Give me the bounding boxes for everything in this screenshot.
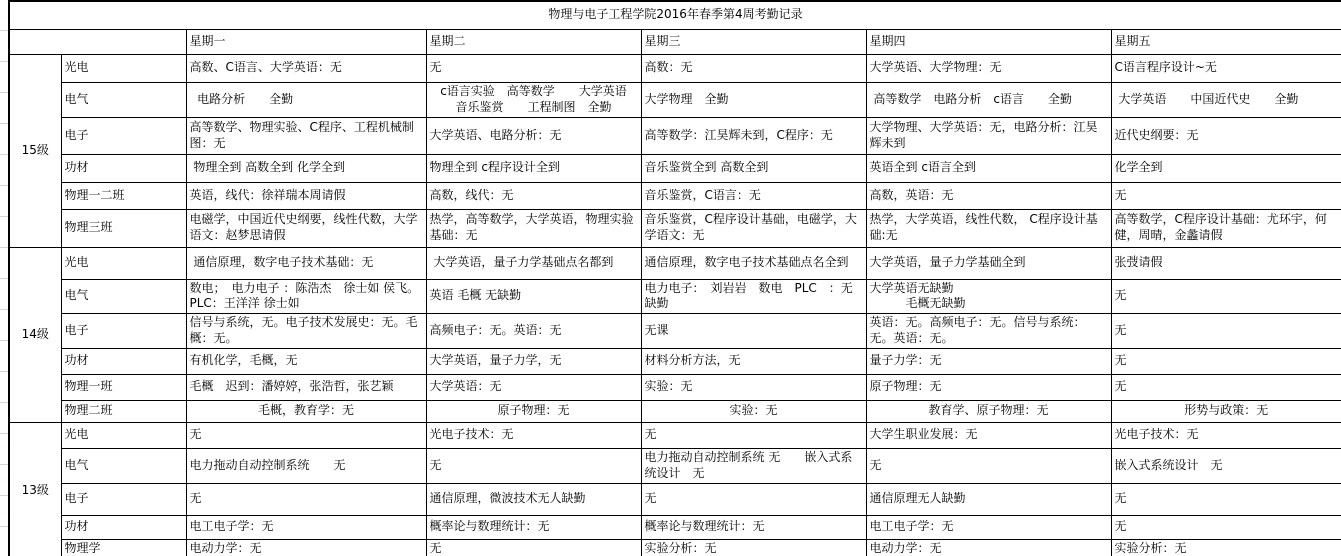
class-label[interactable]: 物理三班 [61, 209, 186, 247]
table-row: 电气 电路分析 全勤c语言实验 高等数学 大学英语 音乐鉴赏 工程制图 全勤大学… [9, 82, 1341, 117]
attendance-cell[interactable]: 光电子技术：无 [1111, 422, 1341, 448]
attendance-cell[interactable]: 英语，线代：徐祥瑞本周请假 [186, 182, 426, 209]
attendance-cell[interactable]: 音乐鉴赏，C程序设计基础，电磁学，大学语文：无 [641, 209, 866, 247]
attendance-cell[interactable]: 大学物理 全勤 [641, 82, 866, 117]
attendance-cell[interactable]: 热学，高等数学，大学英语，物理实验基础：无 [426, 209, 641, 247]
attendance-cell[interactable]: 有机化学，毛概，无 [186, 348, 426, 374]
attendance-cell[interactable]: 电工电子学：无 [186, 515, 426, 539]
table-row: 功材有机化学，毛概，无大学英语，量子力学，无材料分析方法，无量子力学：无无 [9, 348, 1341, 374]
attendance-cell[interactable]: c语言实验 高等数学 大学英语 音乐鉴赏 工程制图 全勤 [426, 82, 641, 117]
attendance-cell[interactable]: 热学，大学英语，线性代数， C程序设计基础:无 [866, 209, 1111, 247]
attendance-cell[interactable]: 教育学、原子物理：无 [866, 400, 1111, 422]
table-row: 电子无通信原理，微波技术无人缺勤无通信原理无人缺勤无 [9, 483, 1341, 515]
attendance-cell[interactable]: 高数、C语言、大学英语：无 [186, 54, 426, 82]
class-label[interactable]: 光电 [61, 422, 186, 448]
grade-label[interactable]: 15级 [9, 54, 61, 247]
page-title: 物理与电子工程学院2016年春季第4周考勤记录 [9, 1, 1341, 29]
attendance-cell[interactable]: 音乐鉴赏全到 高数全到 [641, 154, 866, 182]
attendance-cell[interactable]: 无 [641, 483, 866, 515]
attendance-cell[interactable]: 实验分析：无 [1111, 539, 1341, 556]
class-label[interactable]: 电气 [61, 448, 186, 483]
attendance-cell[interactable]: 大学英语、电路分析：无 [426, 117, 641, 154]
attendance-cell[interactable]: 大学生职业发展：无 [866, 422, 1111, 448]
attendance-cell[interactable]: 无 [866, 448, 1111, 483]
table-row: 物理一班毛概 迟到：潘婷婷，张浩哲，张艺颖大学英语：无实验：无原子物理：无无 [9, 374, 1341, 400]
attendance-cell[interactable]: 高等数学，C程序设计基础：尤环宇，何健，周晴，金蠡请假 [1111, 209, 1341, 247]
attendance-cell[interactable]: 电动力学：无 [186, 539, 426, 556]
attendance-cell[interactable]: 信号与系统，无。电子技术发展史：无。毛概：无。 [186, 314, 426, 349]
attendance-cell[interactable]: 无 [426, 54, 641, 82]
class-label[interactable]: 物理一班 [61, 374, 186, 400]
attendance-cell[interactable]: 无 [426, 539, 641, 556]
day-header-2[interactable]: 星期二 [426, 29, 641, 54]
attendance-cell[interactable]: 无 [1111, 348, 1341, 374]
attendance-cell[interactable]: 实验分析：无 [641, 539, 866, 556]
table-row: 电子信号与系统，无。电子技术发展史：无。毛概：无。高频电子：无。英语：无无课英语… [9, 314, 1341, 349]
table-row: 13级光电无光电子技术：无无大学生职业发展：无光电子技术：无 [9, 422, 1341, 448]
attendance-cell[interactable]: 原子物理：无 [426, 400, 641, 422]
table-row: 14级光电 通信原理，数字电子技术基础：无 大学英语，量子力学基础点名都到通信原… [9, 247, 1341, 279]
class-label[interactable]: 功材 [61, 515, 186, 539]
class-label[interactable]: 电子 [61, 483, 186, 515]
attendance-cell[interactable]: 大学英语，量子力学基础点名都到 [426, 247, 641, 279]
attendance-cell[interactable]: 近代史纲要：无 [1111, 117, 1341, 154]
class-label[interactable]: 物理学 [61, 539, 186, 556]
header-corner-cell[interactable] [9, 29, 186, 54]
attendance-cell[interactable]: 电路分析 全勤 [186, 82, 426, 117]
day-header-4[interactable]: 星期四 [866, 29, 1111, 54]
attendance-cell[interactable]: 量子力学：无 [866, 348, 1111, 374]
attendance-cell[interactable]: 通信原理，数字电子技术基础：无 [186, 247, 426, 279]
attendance-cell[interactable]: 电力电子： 刘岩岩 数电 PLC ：无缺勤 [641, 279, 866, 314]
attendance-cell[interactable]: 形势与政策：无 [1111, 400, 1341, 422]
sheet-left-margin [0, 0, 8, 556]
attendance-cell[interactable]: 材料分析方法，无 [641, 348, 866, 374]
attendance-cell[interactable]: 电力拖动自动控制系统 无 [186, 448, 426, 483]
table-row: 物理学电动力学：无无实验分析：无电动力学：无实验分析：无 [9, 539, 1341, 556]
attendance-cell[interactable]: 无 [1111, 182, 1341, 209]
attendance-cell[interactable]: 无 [641, 422, 866, 448]
attendance-cell[interactable]: 电力拖动自动控制系统 无 嵌入式系统设计 无 [641, 448, 866, 483]
day-header-3[interactable]: 星期三 [641, 29, 866, 54]
attendance-cell[interactable]: 大学英语，量子力学，无 [426, 348, 641, 374]
attendance-cell[interactable]: 概率论与数理统计：无 [641, 515, 866, 539]
attendance-cell[interactable]: 物理全到 高数全到 化学全到 [186, 154, 426, 182]
class-label[interactable]: 功材 [61, 154, 186, 182]
table-row: 电子高等数学、物理实验、C程序、工程机械制图：无大学英语、电路分析：无高等数学：… [9, 117, 1341, 154]
class-label[interactable]: 电气 [61, 279, 186, 314]
attendance-cell[interactable]: 高频电子：无。英语：无 [426, 314, 641, 349]
attendance-cell[interactable]: 无 [1111, 314, 1341, 349]
attendance-cell[interactable]: 无 [1111, 483, 1341, 515]
attendance-cell[interactable]: 无 [1111, 515, 1341, 539]
attendance-cell[interactable]: 无 [426, 448, 641, 483]
spreadsheet: 物理与电子工程学院2016年春季第4周考勤记录 星期一星期二星期三星期四星期五 … [0, 0, 1341, 556]
attendance-cell[interactable]: 无 [1111, 279, 1341, 314]
attendance-cell[interactable]: 高数：无 [641, 54, 866, 82]
attendance-cell[interactable]: 英语 毛概 无缺勤 [426, 279, 641, 314]
attendance-cell[interactable]: 英语：无。高频电子：无。信号与系统：无。英语：无。 [866, 314, 1111, 349]
class-label[interactable]: 电气 [61, 82, 186, 117]
attendance-cell[interactable]: 大学英语 中国近代史 全勤 [1111, 82, 1341, 117]
attendance-cell[interactable]: 化学全到 [1111, 154, 1341, 182]
attendance-cell[interactable]: 高等数学、物理实验、C程序、工程机械制图：无 [186, 117, 426, 154]
attendance-cell[interactable]: 电磁学，中国近代史纲要，线性代数，大学语文：赵梦思请假 [186, 209, 426, 247]
attendance-cell[interactable]: 张弢请假 [1111, 247, 1341, 279]
attendance-cell[interactable]: 大学英语无缺勤 毛概无缺勤 [866, 279, 1111, 314]
class-label[interactable]: 光电 [61, 54, 186, 82]
attendance-cell[interactable]: 音乐鉴赏，C语言：无 [641, 182, 866, 209]
attendance-cell[interactable]: 物理全到 c程序设计全到 [426, 154, 641, 182]
attendance-cell[interactable]: 英语全到 c语言全到 [866, 154, 1111, 182]
grade-label[interactable]: 13级 [9, 422, 61, 556]
class-label[interactable]: 光电 [61, 247, 186, 279]
attendance-cell[interactable]: 概率论与数理统计：无 [426, 515, 641, 539]
table-row: 功材电工电子学：无概率论与数理统计：无概率论与数理统计：无电工电子学：无无 [9, 515, 1341, 539]
attendance-cell[interactable]: 通信原理无人缺勤 [866, 483, 1111, 515]
attendance-cell[interactable]: 高数，线代：无 [426, 182, 641, 209]
attendance-cell[interactable]: 实验：无 [641, 400, 866, 422]
table-row: 电气数电； 电力电子 ：陈浩杰 徐士如 侯飞。PLC：王洋洋 徐士如英语 毛概 … [9, 279, 1341, 314]
attendance-cell[interactable]: 电工电子学：无 [866, 515, 1111, 539]
table-row: 物理二班毛概，教育学：无原子物理：无实验：无教育学、原子物理：无形势与政策：无 [9, 400, 1341, 422]
attendance-cell[interactable]: 电动力学：无 [866, 539, 1111, 556]
attendance-table: 物理与电子工程学院2016年春季第4周考勤记录 星期一星期二星期三星期四星期五 … [8, 0, 1341, 556]
attendance-cell[interactable]: 通信原理，数字电子技术基础点名全到 [641, 247, 866, 279]
class-label[interactable]: 功材 [61, 348, 186, 374]
attendance-cell[interactable]: 高等数学 电路分析 c语言 全勤 [866, 82, 1111, 117]
attendance-cell[interactable]: 毛概 迟到：潘婷婷，张浩哲，张艺颖 [186, 374, 426, 400]
day-header-5[interactable]: 星期五 [1111, 29, 1341, 54]
attendance-cell[interactable]: 大学英语，量子力学基础全到 [866, 247, 1111, 279]
attendance-cell[interactable]: 毛概，教育学：无 [186, 400, 426, 422]
attendance-cell[interactable]: 大学物理、大学英语：无，电路分析：江昊辉未到 [866, 117, 1111, 154]
attendance-cell[interactable]: 高等数学：江昊辉未到，C程序：无 [641, 117, 866, 154]
table-row: 物理三班电磁学，中国近代史纲要，线性代数，大学语文：赵梦思请假热学，高等数学，大… [9, 209, 1341, 247]
attendance-cell[interactable]: 大学英语：无 [426, 374, 641, 400]
table-row: 物理一二班英语，线代：徐祥瑞本周请假高数，线代：无音乐鉴赏，C语言：无高数，英语… [9, 182, 1341, 209]
attendance-cell[interactable]: 数电； 电力电子 ：陈浩杰 徐士如 侯飞。PLC：王洋洋 徐士如 [186, 279, 426, 314]
class-label[interactable]: 物理一二班 [61, 182, 186, 209]
table-row: 电气电力拖动自动控制系统 无无电力拖动自动控制系统 无 嵌入式系统设计 无无嵌入… [9, 448, 1341, 483]
attendance-cell[interactable]: C语言程序设计~无 [1111, 54, 1341, 82]
grade-label[interactable]: 14级 [9, 247, 61, 422]
table-row: 功材 物理全到 高数全到 化学全到物理全到 c程序设计全到音乐鉴赏全到 高数全到… [9, 154, 1341, 182]
table-row: 15级光电高数、C语言、大学英语：无无高数：无大学英语、大学物理：无C语言程序设… [9, 54, 1341, 82]
attendance-cell[interactable]: 嵌入式系统设计 无 [1111, 448, 1341, 483]
attendance-cell[interactable]: 原子物理：无 [866, 374, 1111, 400]
attendance-cell[interactable]: 高数，英语：无 [866, 182, 1111, 209]
attendance-cell[interactable]: 大学英语、大学物理：无 [866, 54, 1111, 82]
attendance-cell[interactable]: 无课 [641, 314, 866, 349]
attendance-cell[interactable]: 无 [186, 483, 426, 515]
attendance-cell[interactable]: 通信原理，微波技术无人缺勤 [426, 483, 641, 515]
attendance-cell[interactable]: 无 [186, 422, 426, 448]
class-label[interactable]: 电子 [61, 117, 186, 154]
attendance-cell[interactable]: 实验：无 [641, 374, 866, 400]
attendance-cell[interactable]: 无 [1111, 374, 1341, 400]
class-label[interactable]: 物理二班 [61, 400, 186, 422]
class-label[interactable]: 电子 [61, 314, 186, 349]
day-header-1[interactable]: 星期一 [186, 29, 426, 54]
attendance-cell[interactable]: 光电子技术：无 [426, 422, 641, 448]
